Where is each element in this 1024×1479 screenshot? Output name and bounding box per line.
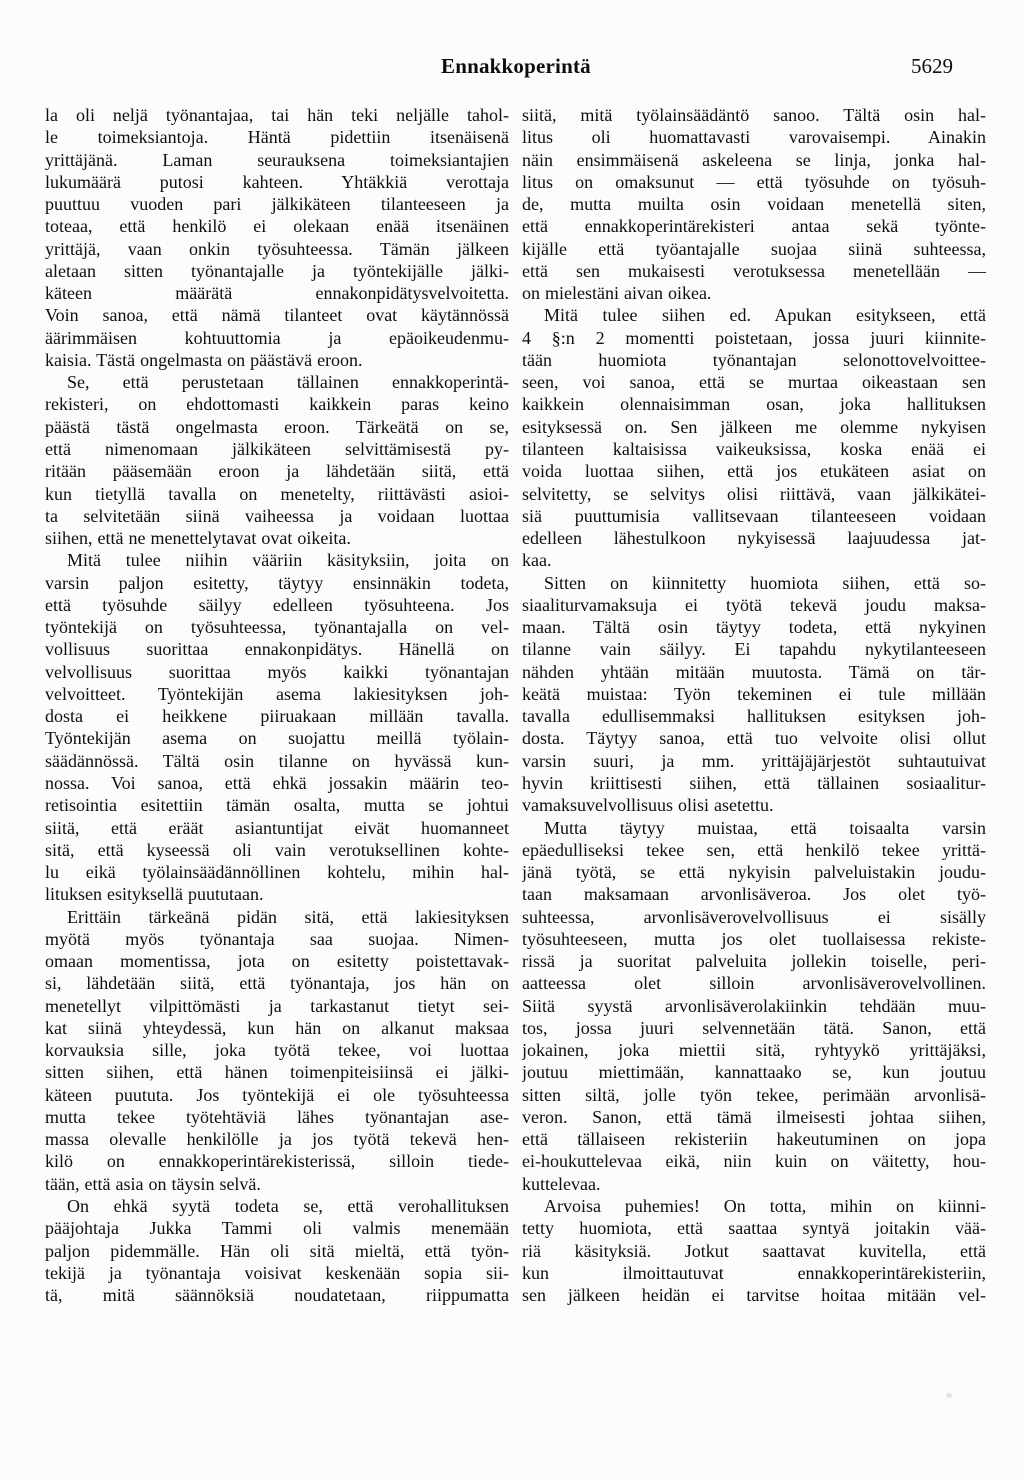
text-line: vollisuus suorittaa ennakonpidätys. Häne… — [45, 638, 509, 660]
text-line: kaikkein olennaisimman osan, joka hallit… — [522, 393, 986, 415]
text-line: esityksessä on. Sen jälkeen me olemme ny… — [522, 416, 986, 438]
text-line: Se, että perustetaan tällainen ennakkope… — [45, 371, 509, 393]
text-line: paljon pidemmälle. Hän oli sitä mieltä, … — [45, 1240, 509, 1262]
text-line: siihen, että ne menettelytavat ovat oike… — [45, 527, 509, 549]
left-column: la oli neljä työnantajaa, tai hän teki n… — [45, 104, 509, 1306]
text-line: tekijä ja työnantaja voisivat keskenään … — [45, 1262, 509, 1284]
text-line: lu eikä työlainsäädännöllinen kohtelu, m… — [45, 861, 509, 883]
text-line: la oli neljä työnantajaa, tai hän teki n… — [45, 104, 509, 126]
text-line: työntekijä on työsuhteessa, työnantajall… — [45, 616, 509, 638]
text-line: puuttuu vuoden pari jälkikäteen tilantee… — [45, 193, 509, 215]
text-line: On ehkä syytä todeta se, että verohallit… — [45, 1195, 509, 1217]
page-header: Ennakkoperintä 5629 — [0, 54, 1024, 84]
text-line: litus oli huomattavasti varovaisempi. Ai… — [522, 126, 986, 148]
text-line: yrittäjä, vaan onkin työsuhteessa. Tämän… — [45, 238, 509, 260]
text-line: voida luottaa siihen, että jos etukäteen… — [522, 460, 986, 482]
text-line: 4 §:n 2 momentti poistetaan, jossa juuri… — [522, 327, 986, 349]
paragraph: On ehkä syytä todeta se, että verohallit… — [45, 1195, 509, 1306]
scan-artifact — [946, 1393, 952, 1398]
text-line: tään huomiota työnantajan selonottovelvo… — [522, 349, 986, 371]
text-line: velvollisuus suorittaa myös kaikki työna… — [45, 661, 509, 683]
text-line: on mielestäni aivan oikea. — [522, 282, 986, 304]
text-line: rissä ja suoritat palveluita jollekin to… — [522, 950, 986, 972]
text-line: kaisia. Tästä ongelmasta on päästävä ero… — [45, 349, 509, 371]
text-line: Voin sanoa, että nämä tilanteet ovat käy… — [45, 304, 509, 326]
text-line: äärimmäisen kohtuuttomia ja epäoikeudenm… — [45, 327, 509, 349]
text-line: siä puuttumisia vallitsevaan tilanteesee… — [522, 505, 986, 527]
text-line: selvitetty, se selvitys olisi riittävä, … — [522, 483, 986, 505]
text-line: edelleen lähestulkoon nykyisessä laajuud… — [522, 527, 986, 549]
text-line: kun tietyllä tavalla on menetelty, riitt… — [45, 483, 509, 505]
text-line: joutuu miettimään, kannattaako se, kun j… — [522, 1061, 986, 1083]
text-line: Mitä tulee niihin vääriin käsityksiin, j… — [45, 549, 509, 571]
text-line: tilanteen kaltaisissa vaikeuksissa, kosk… — [522, 438, 986, 460]
paragraph: Mutta täytyy muistaa, että toisaalta var… — [522, 817, 986, 1196]
text-line: tavalla edullisemmaksi hallituksen esity… — [522, 705, 986, 727]
text-line: yrittäjänä. Laman seurauksena toimeksian… — [45, 149, 509, 171]
paragraph: siitä, mitä työlainsäädäntö sanoo. Tältä… — [522, 104, 986, 304]
text-line: korvauksia sille, joka työtä tekee, voi … — [45, 1039, 509, 1061]
text-line: Siitä syystä arvonlisäverolakiinkin tehd… — [522, 995, 986, 1017]
text-line: hyvin kriittisesti siihen, että tällaine… — [522, 772, 986, 794]
paragraph: la oli neljä työnantajaa, tai hän teki n… — [45, 104, 509, 371]
text-line: sen jälkeen heidän ei tarvitse hoitaa mi… — [522, 1284, 986, 1306]
text-line: menetellyt vilpittömästi ja tarkastanut … — [45, 995, 509, 1017]
text-line: ta selvitetään siinä vaiheessa ja voidaa… — [45, 505, 509, 527]
text-line: että tällaiseen rekisteriin hakeutuminen… — [522, 1128, 986, 1150]
text-line: kilö on ennakkoperintärekisterissä, sill… — [45, 1150, 509, 1172]
text-line: de, mutta muilta osin voidaan menetellä … — [522, 193, 986, 215]
text-line: tilanne vain säilyy. Ei tapahdu nykytila… — [522, 638, 986, 660]
text-line: varsin paljon esitetty, täytyy ensinnäki… — [45, 572, 509, 594]
paragraph: Erittäin tärkeänä pidän sitä, että lakie… — [45, 906, 509, 1195]
text-line: tos, jossa juuri selvennetään tätä. Sano… — [522, 1017, 986, 1039]
text-line: massa olevalle henkilölle ja jos työtä t… — [45, 1128, 509, 1150]
paragraph: Arvoisa puhemies! On totta, mihin on kii… — [522, 1195, 986, 1306]
text-line: Arvoisa puhemies! On totta, mihin on kii… — [522, 1195, 986, 1217]
text-line: retisointia esitettiin tämän osalta, mut… — [45, 794, 509, 816]
text-line: siitä, mitä työlainsäädäntö sanoo. Tältä… — [522, 104, 986, 126]
text-line: että sen mukaisesti verotuksessa menetel… — [522, 260, 986, 282]
right-column: siitä, mitä työlainsäädäntö sanoo. Tältä… — [522, 104, 986, 1306]
paragraph: Mitä tulee niihin vääriin käsityksiin, j… — [45, 549, 509, 905]
text-line: ritään pääsemään eroon ja lähdetään siit… — [45, 460, 509, 482]
text-line: tetty huomiota, että saattaa syntyä joit… — [522, 1217, 986, 1239]
text-line: suhteessa, arvonlisäverovelvollisuus ei … — [522, 906, 986, 928]
text-line: ei-houkuttelevaa eikä, niin kuin on väit… — [522, 1150, 986, 1172]
text-line: Mitä tulee siihen ed. Apukan esitykseen,… — [522, 304, 986, 326]
text-line: lukumäärä putosi kahteen. Yhtäkkiä verot… — [45, 171, 509, 193]
text-line: kijälle että työantajalle suojaa siinä s… — [522, 238, 986, 260]
text-line: seen, voi sanoa, että se murtaa oikeasta… — [522, 371, 986, 393]
text-line: dosta ei heikkene piiruakaan millään tav… — [45, 705, 509, 727]
text-line: nähden yhtään mitään muutosta. Tämä on t… — [522, 661, 986, 683]
text-line: keätä muistaa: Työn tekeminen ei tule mi… — [522, 683, 986, 705]
paragraph: Se, että perustetaan tällainen ennakkope… — [45, 371, 509, 549]
text-line: tä, mitä säännöksiä noudatetaan, riippum… — [45, 1284, 509, 1306]
text-line: omaan momentissa, jota on esitetty poist… — [45, 950, 509, 972]
text-line: epäedulliseksi tekee sen, että henkilö t… — [522, 839, 986, 861]
text-line: että ennakkoperintärekisteri antaa sekä … — [522, 215, 986, 237]
text-line: maan. Tältä osin täytyy todeta, että nyk… — [522, 616, 986, 638]
text-line: että työsuhde säilyy edelleen työsuhteen… — [45, 594, 509, 616]
text-line: kat siinä yhteydessä, kun hän on alkanut… — [45, 1017, 509, 1039]
paragraph: Mitä tulee siihen ed. Apukan esitykseen,… — [522, 304, 986, 571]
text-line: le toimeksiantoja. Häntä pidettiin itsen… — [45, 126, 509, 148]
text-line: säädännössä. Tältä osin tilanne on hyväs… — [45, 750, 509, 772]
text-line: kuttelevaa. — [522, 1173, 986, 1195]
text-line: taan maksamaan arvonlisäveroa. Jos olet … — [522, 883, 986, 905]
text-line: pääjohtaja Jukka Tammi oli valmis menemä… — [45, 1217, 509, 1239]
text-line: sitten siihen, että hänen toimenpiteisii… — [45, 1061, 509, 1083]
text-line: si, lähdetään siitä, että työnantaja, jo… — [45, 972, 509, 994]
text-line: Sitten on kiinnitetty huomiota siihen, e… — [522, 572, 986, 594]
text-line: kaa. — [522, 549, 986, 571]
page-number: 5629 — [911, 54, 953, 79]
text-line: velvoitteet. Työntekijän asema lakiesity… — [45, 683, 509, 705]
text-line: sitä, että kyseessä oli vain verotuksell… — [45, 839, 509, 861]
paragraph: Sitten on kiinnitetty huomiota siihen, e… — [522, 572, 986, 817]
text-line: tään, että asia on täysin selvä. — [45, 1173, 509, 1195]
text-line: Mutta täytyy muistaa, että toisaalta var… — [522, 817, 986, 839]
text-line: varsin suuri, ja mm. yrittäjäjärjestöt s… — [522, 750, 986, 772]
text-line: aletaan sitten työnantajalle ja työnteki… — [45, 260, 509, 282]
text-line: mutta tekee työtehtäviä lähes työnantaja… — [45, 1106, 509, 1128]
text-line: että nimenomaan jälkikäteen selvittämise… — [45, 438, 509, 460]
text-line: jänä työtä, se että nykyisin palveluista… — [522, 861, 986, 883]
text-line: siitä, että eräät asiantuntijat eivät hu… — [45, 817, 509, 839]
text-line: litus on omaksunut — että työsuhde on ty… — [522, 171, 986, 193]
text-line: näin ensimmäisenä askeleena se linja, jo… — [522, 149, 986, 171]
text-line: riä käsityksiä. Jotkut saattavat kuvitel… — [522, 1240, 986, 1262]
text-line: lituksen esityksellä puututaan. — [45, 883, 509, 905]
text-line: Työntekijän asema on suojattu meillä työ… — [45, 727, 509, 749]
text-line: jokainen, joka miettii sitä, ryhtyykö yr… — [522, 1039, 986, 1061]
text-line: työsuhteeseen, mutta jos olet tuollaises… — [522, 928, 986, 950]
text-line: nossa. Voi sanoa, että ehkä jossakin mää… — [45, 772, 509, 794]
text-columns: la oli neljä työnantajaa, tai hän teki n… — [45, 104, 987, 1306]
section-title: Ennakkoperintä — [441, 54, 591, 79]
text-line: myötä myös työnantaja saa suojaa. Nimen- — [45, 928, 509, 950]
text-line: siaaliturvamaksuja ei työtä tekevä joudu… — [522, 594, 986, 616]
text-line: käteen määrätä ennakonpidätysvelvoitetta… — [45, 282, 509, 304]
text-line: toteaa, että henkilö ei olekaan enää its… — [45, 215, 509, 237]
text-line: sitten siltä, jolle työn tekee, perimään… — [522, 1084, 986, 1106]
text-line: aatteessa olet silloin arvonlisäverovelv… — [522, 972, 986, 994]
text-line: rekisteri, on ehdottomasti kaikkein para… — [45, 393, 509, 415]
text-line: dosta. Täytyy sanoa, että tuo velvoite o… — [522, 727, 986, 749]
text-line: kun ilmoittautuvat ennakkoperintärekiste… — [522, 1262, 986, 1284]
text-line: käteen puututa. Jos työntekijä ei ole ty… — [45, 1084, 509, 1106]
text-line: päästä tästä ongelmasta eroon. Tärkeätä … — [45, 416, 509, 438]
text-line: Erittäin tärkeänä pidän sitä, että lakie… — [45, 906, 509, 928]
text-line: veron. Sanon, että tämä ilmeisesti johta… — [522, 1106, 986, 1128]
text-line: vamaksuvelvollisuus olisi asetettu. — [522, 794, 986, 816]
